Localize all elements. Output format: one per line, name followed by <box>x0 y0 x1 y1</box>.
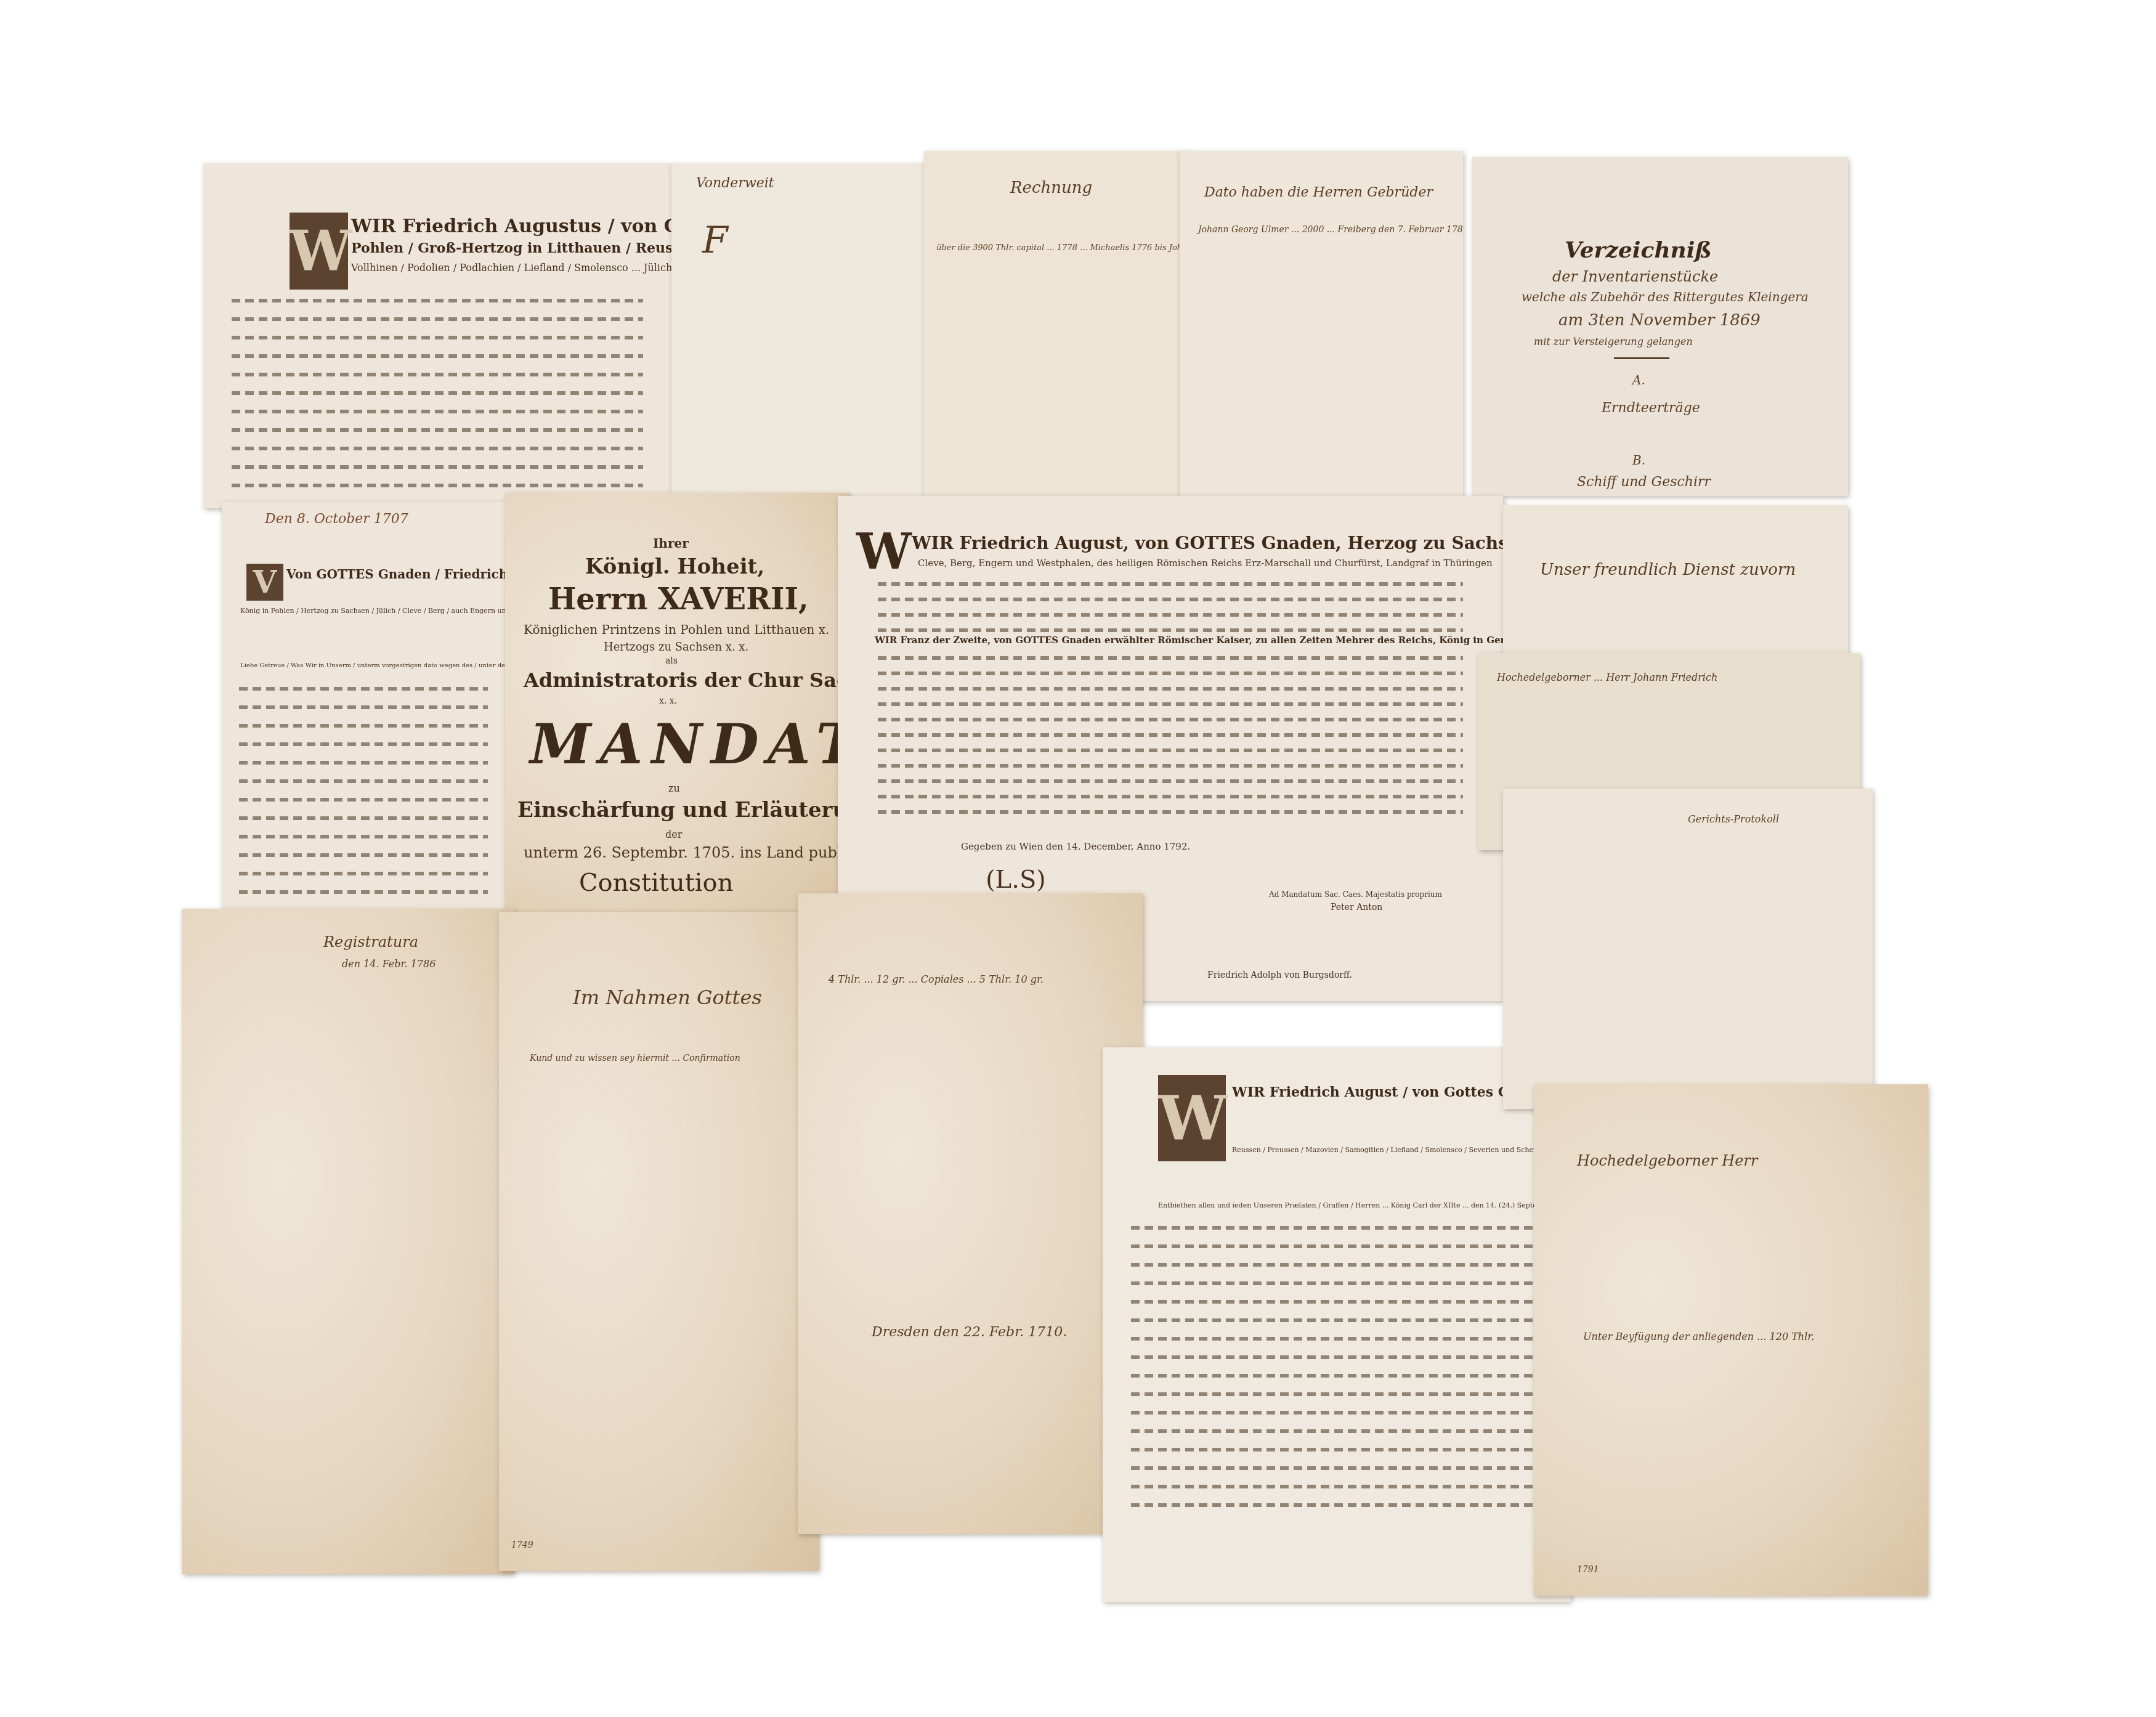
ornamental-initial-w: W <box>290 213 348 290</box>
footer: 1749 <box>511 1540 533 1550</box>
heading: Hochedelgeborner ... Herr Johann Friedri… <box>1497 672 1717 683</box>
section-a-title: Erndteerträge <box>1602 400 1700 416</box>
line1: Ihrer <box>653 536 689 551</box>
date: am 3ten November 1869 <box>1558 311 1761 330</box>
handwritten-gerichts-protokoll: Gerichts-Protokoll <box>1503 789 1873 1109</box>
body2: WIR Franz der Zweite, von GOTTES Gnaden … <box>875 635 1503 646</box>
subtitle: König in Pohlen / Hertzog zu Sachsen / J… <box>240 607 505 615</box>
body: Liebe Getreue / Was Wir in Unserm / unte… <box>240 662 505 669</box>
body: Entbiethen allen und ieden Unseren Præla… <box>1158 1201 1571 1209</box>
mandate-von-gottes-gnaden-1707: Den 8. October 1707 V Von GOTTES Gnaden … <box>222 502 505 921</box>
body: Vollhinen / Podolien / Podlachien / Lief… <box>351 262 671 274</box>
heading: WIR Friedrich August, von GOTTES Gnaden,… <box>912 533 1503 553</box>
line4: mit zur Versteigerung gelangen <box>1534 336 1693 347</box>
footer: 1791 <box>1577 1565 1599 1575</box>
section-b: B. <box>1632 453 1645 468</box>
line7: Administratoris der Chur Sachsen <box>524 668 850 692</box>
heading: Von GOTTES Gnaden / Friedrich Augustus / <box>286 567 505 582</box>
line9: MANDAT <box>530 712 850 777</box>
line6: als <box>665 656 678 666</box>
seal: (L.S) <box>986 866 1046 894</box>
subtitle: Reussen / Preussen / Mazovien / Samogiti… <box>1232 1146 1570 1154</box>
line2: Königl. Hoheit, <box>585 554 764 579</box>
heading: Registratura <box>323 933 418 951</box>
note: Den 8. October 1707 <box>265 511 408 527</box>
line10: zu <box>668 782 680 794</box>
date: Gegeben zu Wien den 14. December, Anno 1… <box>961 841 1190 852</box>
line1: der Inventarienstücke <box>1552 268 1718 285</box>
signature1: Ad Mandatum Sac. Caes. Majestatis propri… <box>1269 890 1442 899</box>
handwritten-im-nahmen-gottes: Im Nahmen Gottes Kund und zu wissen sey … <box>499 912 819 1571</box>
handwritten-registratura: Registratura den 14. Febr. 1786 <box>182 909 514 1574</box>
body: Johann Georg Ulmer ... 2000 ... Freiberg… <box>1198 225 1463 235</box>
line12: der <box>665 829 682 840</box>
line3: Herrn XAVERII, <box>548 582 809 617</box>
signer: Friedrich Adolph von Burgsdorff. <box>1207 970 1352 980</box>
handwritten-letter-vonderweit: Vonderweit F <box>671 163 936 496</box>
body: über die 3900 Thlr. capital ... 1778 ...… <box>936 243 1189 253</box>
mandate-friedrich-august-1706: W WIR Friedrich August / von Gottes Gnad… <box>1103 1047 1571 1602</box>
body: 4 Thlr. ... 12 gr. ... Copiales ... 5 Th… <box>829 973 1044 985</box>
line2: welche als Zubehör des Rittergutes Klein… <box>1522 290 1809 304</box>
heading: Dato haben die Herren Gebrüder <box>1204 185 1433 200</box>
heading: Unser freundlich Dienst zuvorn <box>1540 561 1796 579</box>
line5: Hertzogs zu Sachsen x. x. <box>604 641 748 654</box>
inventory-list-kleingera-1869: Verzeichniß der Inventarienstücke welche… <box>1472 157 1848 496</box>
mandate-friedrich-augustus-top: W WIR Friedrich Augustus / von Gottes Gn… <box>203 163 671 508</box>
date: Dresden den 22. Febr. 1710. <box>872 1325 1067 1340</box>
handwritten-letter-freundlich: Unser freundlich Dienst zuvorn <box>1503 505 1848 665</box>
signature2: Peter Anton <box>1331 903 1382 912</box>
heading: WIR Friedrich Augustus / von Gottes Gnad… <box>351 216 671 237</box>
handwritten-account-rechnung: Rechnung über die 3900 Thlr. capital ...… <box>924 151 1189 502</box>
handwritten-document-dato: Dato haben die Herren Gebrüder Johann Ge… <box>1180 151 1463 521</box>
title: Verzeichniß <box>1565 237 1712 263</box>
heading: Im Nahmen Gottes <box>573 986 762 1009</box>
section-a: A. <box>1632 373 1645 388</box>
heading: Gerichts-Protokoll <box>1688 813 1779 825</box>
line4: Königlichen Printzens in Pohlen und Litt… <box>524 622 829 637</box>
subtitle: Pohlen / Groß-Hertzog in Litthauen / Reu… <box>351 240 671 256</box>
heading: Vonderweit <box>696 176 774 191</box>
body: Unter Beyfügung der anliegenden ... 120 … <box>1583 1331 1814 1342</box>
mandate-xaverii-title-page: Ihrer Königl. Hoheit, Herrn XAVERII, Kön… <box>505 493 850 918</box>
subtitle: Cleve, Berg, Engern und Westphalen, des … <box>918 558 1493 569</box>
line13: unterm 26. Septembr. 1705. ins Land publ… <box>524 844 850 861</box>
section-b-title: Schiff und Geschirr <box>1577 474 1711 490</box>
date: den 14. Febr. 1786 <box>342 958 436 970</box>
line11: Einschärfung und Erläuterung <box>517 798 850 822</box>
body: Kund und zu wissen sey hiermit ... Confi… <box>530 1053 740 1063</box>
handwritten-account-1710: 4 Thlr. ... 12 gr. ... Copiales ... 5 Th… <box>798 893 1143 1534</box>
line14: Constitution <box>579 869 733 897</box>
heading: Hochedelgeborner Herr <box>1577 1152 1757 1169</box>
heading: Rechnung <box>1010 179 1092 197</box>
handwritten-letter-1791: Hochedelgeborner Herr Unter Beyfügung de… <box>1534 1084 1928 1596</box>
line8: x. x. <box>659 696 677 706</box>
